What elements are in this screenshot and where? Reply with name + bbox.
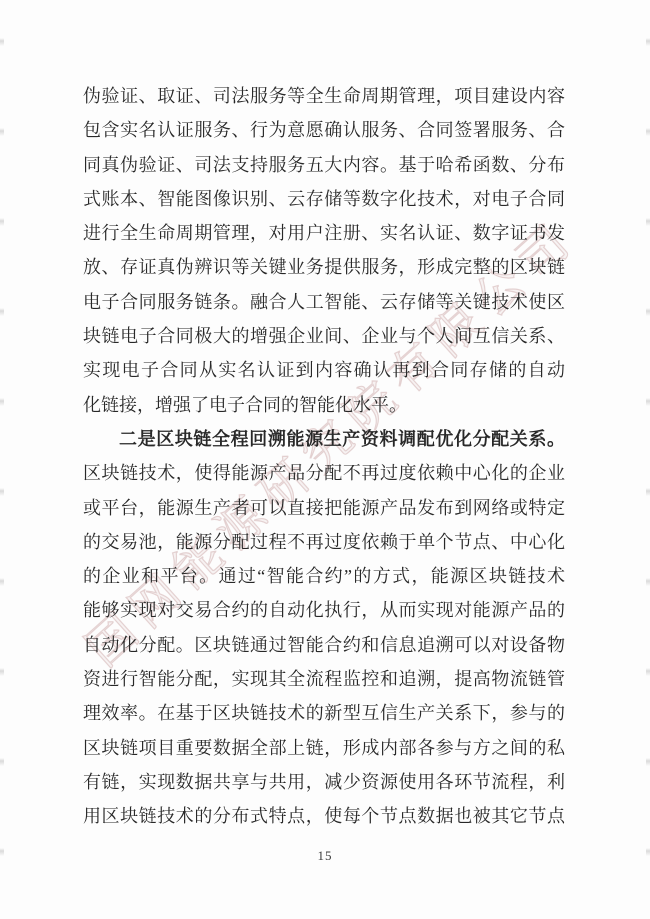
text-line: 的企业和平台。通过“智能合约”的方式，能源区块链技术	[83, 559, 565, 593]
text-line: 自动化分配。区块链通过智能合约和信息追溯可以对设备物	[83, 628, 565, 662]
text-line: 放、存证真伪辨识等关键业务提供服务，形成完整的区块链	[83, 250, 565, 284]
document-page: 国网能源研究院有限公司 伪验证、取证、司法服务等全生命周期管理，项目建设内容包含…	[0, 0, 650, 919]
document-body: 伪验证、取证、司法服务等全生命周期管理，项目建设内容包含实名认证服务、行为意愿确…	[83, 79, 565, 834]
text-line: 资进行智能分配，实现其全流程监控和追溯，提高物流链管	[83, 662, 565, 696]
text-line: 包含实名认证服务、行为意愿确认服务、合同签署服务、合	[83, 113, 565, 147]
text-line: 实现电子合同从实名认证到内容确认再到合同存储的自动	[83, 353, 565, 387]
text-line: 块链电子合同极大的增强企业间、企业与个人间互信关系、	[83, 319, 565, 353]
text-line: 区块链技术，使得能源产品分配不再过度依赖中心化的企业	[83, 456, 565, 490]
text-line: 理效率。在基于区块链技术的新型互信生产关系下，参与的	[83, 696, 565, 730]
page-number: 15	[0, 848, 650, 864]
text-line: 有链，实现数据共享与共用，减少资源使用各环节流程，利	[83, 765, 565, 799]
text-line: 二是区块链全程回溯能源生产资料调配优化分配关系。	[83, 422, 565, 456]
text-line: 式账本、智能图像识别、云存储等数字化技术，对电子合同	[83, 182, 565, 216]
text-line: 伪验证、取证、司法服务等全生命周期管理，项目建设内容	[83, 79, 565, 113]
text-line: 化链接，增强了电子合同的智能化水平。	[83, 388, 565, 422]
text-line: 能够实现对交易合约的自动化执行，从而实现对能源产品的	[83, 593, 565, 627]
text-line: 进行全生命周期管理，对用户注册、实名认证、数字证书发	[83, 216, 565, 250]
text-line: 用区块链技术的分布式特点，使每个节点数据也被其它节点	[83, 799, 565, 833]
text-line: 的交易池，能源分配过程不再过度依赖于单个节点、中心化	[83, 525, 565, 559]
text-line: 区块链项目重要数据全部上链，形成内部各参与方之间的私	[83, 731, 565, 765]
text-line: 电子合同服务链条。融合人工智能、云存储等关键技术使区	[83, 285, 565, 319]
text-line: 同真伪验证、司法支持服务五大内容。基于哈希函数、分布	[83, 148, 565, 182]
text-line: 或平台，能源生产者可以直接把能源产品发布到网络或特定	[83, 491, 565, 525]
